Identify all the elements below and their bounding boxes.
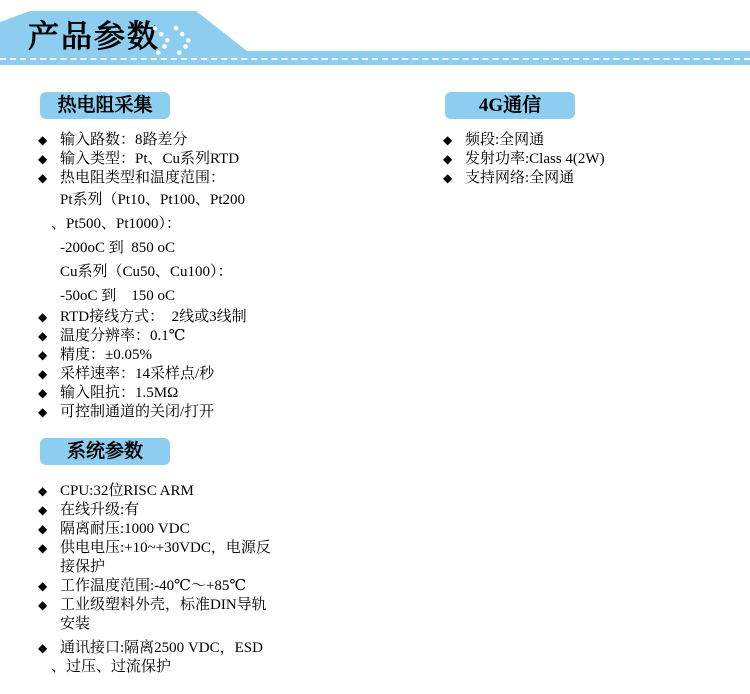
diamond-bullet-icon: ◆ bbox=[38, 577, 60, 596]
spec-line: ◆发射功率:Class 4(2W) bbox=[443, 150, 743, 169]
diamond-bullet-icon: ◆ bbox=[38, 482, 60, 501]
spec-text: RTD接线方式： 2线或3线制 bbox=[60, 308, 247, 327]
spec-line: 、过压、过流保护 bbox=[38, 658, 390, 677]
spec-line: ◆工作温度范围:-40℃～+85℃ bbox=[38, 577, 390, 596]
diamond-bullet-icon: ◆ bbox=[38, 639, 60, 658]
spec-text: 精度：±0.05% bbox=[60, 346, 152, 365]
spec-line: ◆采样速率：14采样点/秒 bbox=[38, 365, 390, 384]
spec-text: 工业级塑料外壳，标准DIN导轨 bbox=[60, 596, 267, 615]
diamond-bullet-icon: ◆ bbox=[38, 539, 60, 558]
diamond-bullet-icon: ◆ bbox=[38, 365, 60, 384]
right-column: 4G通信 ◆频段:全网通◆发射功率:Class 4(2W)◆支持网络:全网通 bbox=[443, 92, 743, 188]
diamond-bullet-icon: ◆ bbox=[38, 327, 60, 346]
spec-list-system: ◆CPU:32位RISC ARM◆在线升级:有◆隔离耐压:1000 VDC◆供电… bbox=[38, 482, 390, 677]
spec-text: 频段:全网通 bbox=[465, 131, 544, 150]
spec-line: -200oC 到 850 oC bbox=[38, 236, 390, 260]
spec-text: 输入路数：8路差分 bbox=[60, 131, 188, 150]
spec-line: ◆隔离耐压:1000 VDC bbox=[38, 520, 390, 539]
spec-text: 热电阻类型和温度范围： bbox=[60, 169, 225, 188]
spec-list-comm: ◆频段:全网通◆发射功率:Class 4(2W)◆支持网络:全网通 bbox=[443, 131, 743, 188]
spec-line: Pt系列（Pt10、Pt100、Pt200 bbox=[38, 188, 390, 212]
spec-line: ◆温度分辨率：0.1℃ bbox=[38, 327, 390, 346]
spec-line: ◆输入路数：8路差分 bbox=[38, 131, 390, 150]
spec-line: Cu系列（Cu50、Cu100）： bbox=[38, 260, 390, 284]
dashed-divider-line bbox=[0, 58, 750, 60]
page-title: 产品参数 bbox=[28, 20, 160, 54]
diamond-bullet-icon: ◆ bbox=[38, 131, 60, 150]
spec-text: 发射功率:Class 4(2W) bbox=[465, 150, 605, 169]
spec-line: ◆CPU:32位RISC ARM bbox=[38, 482, 390, 501]
diamond-bullet-icon: ◆ bbox=[38, 520, 60, 539]
spec-line: ◆输入阻抗：1.5MΩ bbox=[38, 384, 390, 403]
spec-text: 采样速率：14采样点/秒 bbox=[60, 365, 214, 384]
spec-line: ◆输入类型：Pt、Cu系列RTD bbox=[38, 150, 390, 169]
diamond-bullet-icon: ◆ bbox=[38, 501, 60, 520]
spec-text: 通讯接口:隔离2500 VDC，ESD bbox=[60, 639, 263, 658]
spec-text: CPU:32位RISC ARM bbox=[60, 482, 194, 501]
diamond-bullet-icon: ◆ bbox=[38, 150, 60, 169]
spec-text: 供电电压:+10~+30VDC，电源反 bbox=[60, 539, 271, 558]
spec-text: 支持网络:全网通 bbox=[465, 169, 574, 188]
spec-text: 安装 bbox=[60, 615, 90, 634]
spec-line: ◆可控制通道的关闭/打开 bbox=[38, 403, 390, 422]
diamond-bullet-icon: ◆ bbox=[443, 169, 465, 188]
spec-text: 可控制通道的关闭/打开 bbox=[60, 403, 214, 422]
section-badge-comm: 4G通信 bbox=[445, 92, 575, 119]
spec-text: -200oC 到 850 oC bbox=[60, 236, 175, 260]
spec-line: ◆工业级塑料外壳，标准DIN导轨 bbox=[38, 596, 390, 615]
spec-text: 工作温度范围:-40℃～+85℃ bbox=[60, 577, 246, 596]
diamond-bullet-icon: ◆ bbox=[38, 384, 60, 403]
spec-line: ◆供电电压:+10~+30VDC，电源反 bbox=[38, 539, 390, 558]
diamond-bullet-icon: ◆ bbox=[38, 346, 60, 365]
spec-text: Cu系列（Cu50、Cu100）： bbox=[60, 260, 233, 284]
section-badge-rtd: 热电阻采集 bbox=[40, 92, 170, 119]
spec-text: 温度分辨率：0.1℃ bbox=[60, 327, 186, 346]
spec-line: 安装 bbox=[38, 615, 390, 634]
diamond-bullet-icon: ◆ bbox=[38, 308, 60, 327]
left-column: 热电阻采集 ◆输入路数：8路差分◆输入类型：Pt、Cu系列RTD◆热电阻类型和温… bbox=[38, 92, 390, 677]
spec-text: 接保护 bbox=[60, 558, 105, 577]
spec-line: ◆在线升级:有 bbox=[38, 501, 390, 520]
spec-line: ◆精度：±0.05% bbox=[38, 346, 390, 365]
section-badge-system: 系统参数 bbox=[40, 438, 170, 465]
spec-line: ◆频段:全网通 bbox=[443, 131, 743, 150]
diamond-bullet-icon: ◆ bbox=[443, 150, 465, 169]
spec-list-rtd: ◆输入路数：8路差分◆输入类型：Pt、Cu系列RTD◆热电阻类型和温度范围：Pt… bbox=[38, 131, 390, 422]
spec-line: 接保护 bbox=[38, 558, 390, 577]
spec-line: 、Pt500、Pt1000）： bbox=[38, 212, 390, 236]
spec-text: -50oC 到 150 oC bbox=[60, 284, 175, 308]
diamond-bullet-icon: ◆ bbox=[38, 596, 60, 615]
diamond-bullet-icon: ◆ bbox=[38, 169, 60, 188]
spec-text: 输入类型：Pt、Cu系列RTD bbox=[60, 150, 239, 169]
diamond-bullet-icon: ◆ bbox=[38, 403, 60, 422]
spec-text: 隔离耐压:1000 VDC bbox=[60, 520, 190, 539]
spec-text: Pt系列（Pt10、Pt100、Pt200 bbox=[60, 188, 245, 212]
spec-line: -50oC 到 150 oC bbox=[38, 284, 390, 308]
spec-line: ◆热电阻类型和温度范围： bbox=[38, 169, 390, 188]
spec-line: ◆RTD接线方式： 2线或3线制 bbox=[38, 308, 390, 327]
spec-text: 输入阻抗：1.5MΩ bbox=[60, 384, 178, 403]
diamond-bullet-icon: ◆ bbox=[443, 131, 465, 150]
spec-line: ◆通讯接口:隔离2500 VDC，ESD bbox=[38, 639, 390, 658]
spec-text: 、过压、过流保护 bbox=[51, 658, 171, 677]
spec-text: 、Pt500、Pt1000）： bbox=[51, 212, 181, 236]
spec-line: ◆支持网络:全网通 bbox=[443, 169, 743, 188]
spec-text: 在线升级:有 bbox=[60, 501, 139, 520]
